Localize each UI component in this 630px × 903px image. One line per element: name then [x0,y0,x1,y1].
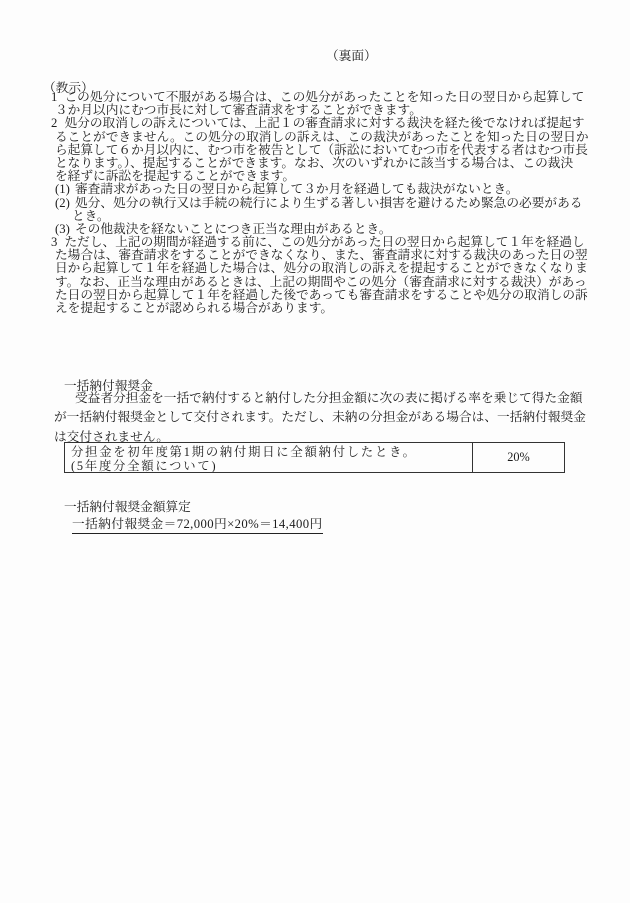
list-item-line: ら起算して６か月以内に、むつ市を被告として（訴訟においてむつ市を代表する者はむつ… [0,144,630,157]
reward-paragraph-line: が一括納付報奨金として交付されます。ただし、未納の分担金がある場合は、一括納付報… [54,408,594,427]
list-item-line: えを提起することが認められる場合があります。 [0,302,630,315]
sub-list-item-line: (1)審査請求があった日の翌日から起算して３か月を経過しても裁決がないとき。 [0,183,630,196]
list-item-line: 2処分の取消しの訴えについては、上記１の審査請求に対する裁決を経た後でなければ提… [0,117,630,130]
list-item-line: す。なお、正当な理由があるときは、上記の期間やこの処分（審査請求に対する裁決）が… [0,276,630,289]
list-item-line: 日から起算して１年を経過した場合は、処分の取消しの訴えを提起することができなくな… [0,262,630,275]
list-item-text: 処分の取消しの訴えについては、上記１の審査請求に対する裁決を経た後でなければ提起… [65,117,585,130]
list-item-text: ら起算して６か月以内に、むつ市を被告として（訴訟においてむつ市を代表する者はむつ… [55,144,588,157]
sub-list-item-text: とき。 [72,210,110,223]
sub-list-item-text: 審査請求があった日の翌日から起算して３か月を経過しても裁決がないとき。 [75,183,518,196]
list-item-text: えを提起することが認められる場合があります。 [55,302,333,315]
reward-paragraph-line: 受益者分担金を一括で納付すると納付した分担金額に次の表に掲げる率を乗じて得た金額 [54,389,594,408]
sub-list-item-text: 処分、処分の執行又は手続の続行により生ずる著しい損害を避けるため緊急の必要がある [75,197,583,210]
document-page: { "page": { "side_label": "（裏面）" }, "kyo… [0,0,630,903]
rate-condition-line-1: 分担金を初年度第1期の納付期日に全額納付したとき。 [71,445,472,459]
rate-value-cell: 20% [473,443,564,472]
rate-condition-line-2: (5年度分全額について) [71,459,472,472]
sub-list-item-line: (2)処分、処分の執行又は手続の続行により生ずる著しい損害を避けるため緊急の必要… [0,197,630,210]
calc-formula: 一括納付報奨金＝72,000円×20%＝14,400円 [72,513,323,534]
kyoji-text-block: 1この処分について不服がある場合は、この処分があったことを知った日の翌日から起算… [0,91,630,315]
sub-list-number: (1) [55,183,75,196]
rate-value: 20% [507,450,530,465]
sub-list-number: (2) [55,197,75,210]
list-item-line: ることができません。この処分の取消しの訴えは、この裁決があったことを知った日の翌… [0,131,630,144]
reward-rate-table: 分担金を初年度第1期の納付期日に全額納付したとき。 (5年度分全額について) 2… [64,442,565,473]
page-side-label: （裏面） [326,45,377,64]
sub-list-item-line: とき。 [0,210,630,223]
list-item-text: す。なお、正当な理由があるときは、上記の期間やこの処分（審査請求に対する裁決）が… [55,276,587,289]
reward-paragraph: 受益者分担金を一括で納付すると納付した分担金額に次の表に掲げる率を乗じて得た金額… [54,389,594,447]
list-number: 2 [51,117,65,130]
rate-condition-cell: 分担金を初年度第1期の納付期日に全額納付したとき。 (5年度分全額について) [65,443,473,472]
list-item-text: ることができません。この処分の取消しの訴えは、この裁決があったことを知った日の翌… [55,131,589,144]
list-item-text: 日から起算して１年を経過した場合は、処分の取消しの訴えを提起することができなくな… [55,262,588,275]
